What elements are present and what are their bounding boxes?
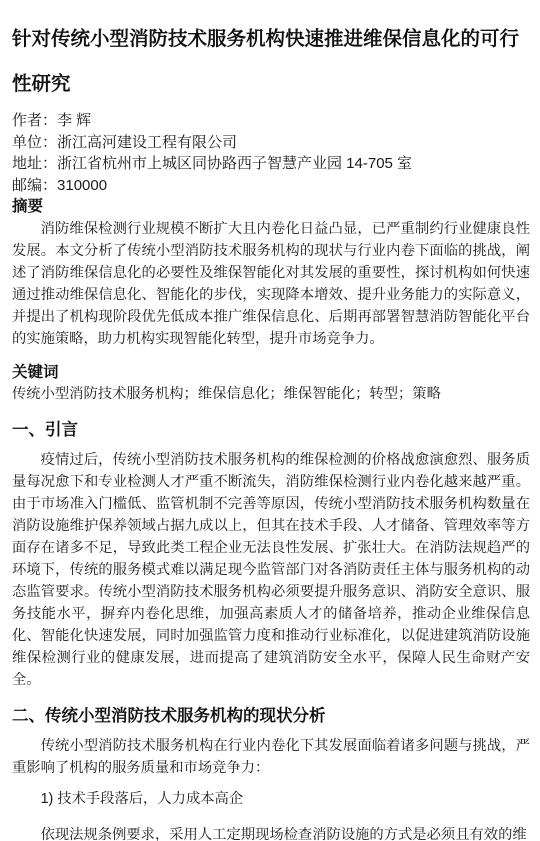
- organization-value: 浙江高河建设工程有限公司: [57, 134, 237, 151]
- postcode-row: 邮编：310000: [12, 175, 530, 197]
- section-2-intro-paragraph: 传统小型消防技术服务机构在行业内卷化下其发展面临着诸多问题与挑战，严重影响了机构…: [12, 735, 530, 779]
- section-1-paragraph: 疫情过后，传统小型消防技术服务机构的维保检测的价格战愈演愈烈、服务质量每况愈下和…: [12, 449, 530, 691]
- author-row: 作者：李 辉: [12, 110, 530, 132]
- organization-label: 单位：: [12, 134, 57, 151]
- abstract-text: 消防维保检测行业规模不断扩大且内卷化日益凸显，已严重制约行业健康良性发展。本文分…: [12, 218, 530, 350]
- section-2-paragraph: 依现法规条例要求，采用人工定期现场检查消防设施的方式是必须且有效的维: [12, 824, 530, 841]
- address-value: 浙江省杭州市上城区同协路西子智慧产业园 14-705 室: [57, 155, 412, 172]
- section-2-heading: 二、传统小型消防技术服务机构的现状分析: [12, 703, 530, 729]
- section-2-list-item-1: 1) 技术手段落后，人力成本高企: [12, 788, 530, 810]
- address-row: 地址：浙江省杭州市上城区同协路西子智慧产业园 14-705 室: [12, 153, 530, 175]
- keywords-text: 传统小型消防技术服务机构；维保信息化；维保智能化；转型；策略: [12, 383, 530, 405]
- address-label: 地址：: [12, 155, 57, 172]
- paper-page: 针对传统小型消防技术服务机构快速推进维保信息化的可行性研究 作者：李 辉 单位：…: [0, 0, 540, 841]
- author-meta-block: 作者：李 辉 单位：浙江高河建设工程有限公司 地址：浙江省杭州市上城区同协路西子…: [12, 110, 530, 196]
- keywords-heading: 关键词: [12, 362, 530, 384]
- author-label: 作者：: [12, 112, 57, 129]
- paper-title: 针对传统小型消防技术服务机构快速推进维保信息化的可行性研究: [12, 17, 530, 107]
- postcode-value: 310000: [57, 177, 107, 194]
- organization-row: 单位：浙江高河建设工程有限公司: [12, 132, 530, 154]
- section-1-heading: 一、引言: [12, 417, 530, 443]
- postcode-label: 邮编：: [12, 177, 57, 194]
- author-value: 李 辉: [57, 112, 91, 129]
- abstract-heading: 摘要: [12, 196, 530, 218]
